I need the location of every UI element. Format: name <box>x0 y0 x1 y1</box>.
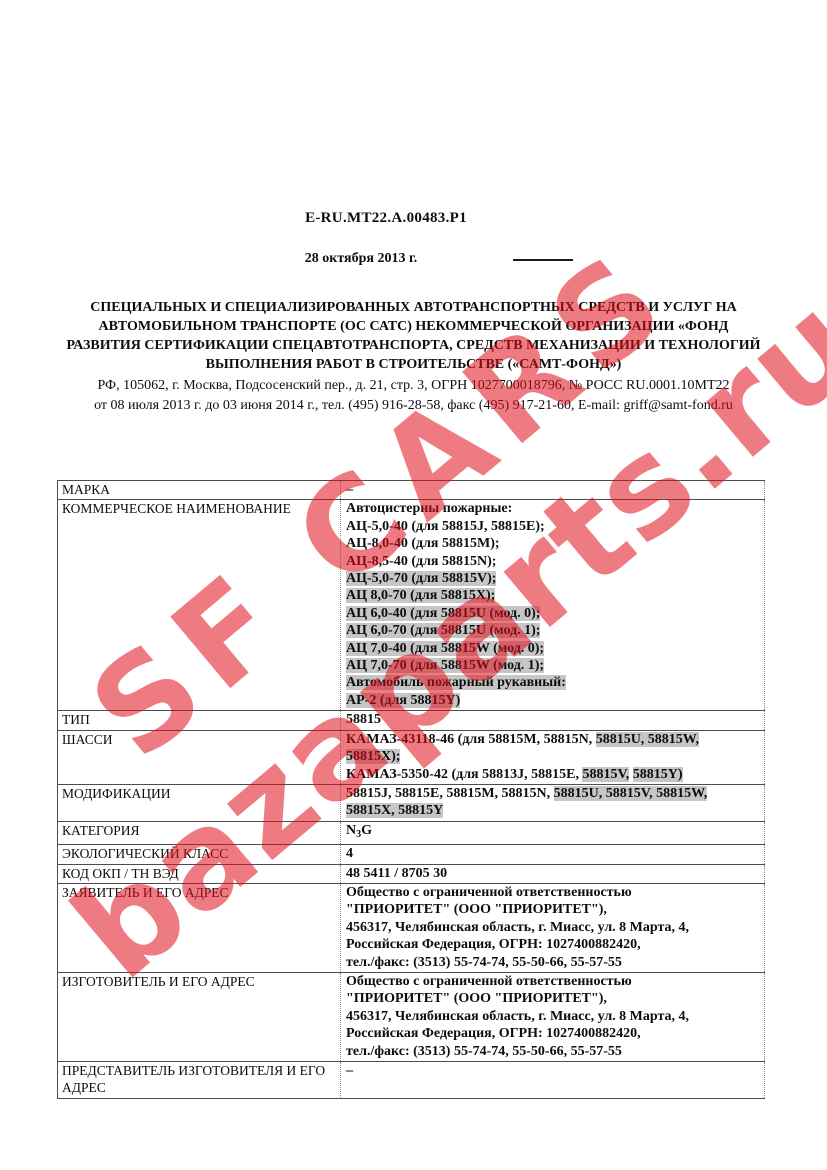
spec-table-body: МАРКА–КОММЕРЧЕСКОЕ НАИМЕНОВАНИЕАвтоцисте… <box>58 481 765 1099</box>
row-label: ПРЕДСТАВИТЕЛЬ ИЗГОТОВИТЕЛЯ И ЕГО АДРЕС <box>58 1062 341 1099</box>
table-row: ЗАЯВИТЕЛЬ И ЕГО АДРЕСОбщество с ограниче… <box>58 883 765 972</box>
row-value: 58815J, 58815E, 58815M, 58815N, 58815U, … <box>341 784 765 821</box>
row-value-line: – <box>346 481 762 498</box>
highlighted-text: 58815X); <box>346 749 400 764</box>
value-text: тел./факс: (3513) 55-74-74, 55-50-66, 55… <box>346 955 622 970</box>
row-label: КАТЕГОРИЯ <box>58 821 341 844</box>
value-text: Общество с ограниченной ответственностью <box>346 974 632 989</box>
value-text: АЦ-5,0-40 (для 58815J, 58815E); <box>346 519 545 534</box>
row-value: 48 5411 / 8705 30 <box>341 864 765 883</box>
row-value: 58815 <box>341 711 765 730</box>
value-text: 48 5411 / 8705 30 <box>346 866 447 881</box>
row-value: КАМАЗ-43118-46 (для 58815M, 58815N, 5881… <box>341 730 765 784</box>
org-title: СПЕЦИАЛЬНЫХ И СПЕЦИАЛИЗИРОВАННЫХ АВТОТРА… <box>0 298 827 374</box>
row-value-line: КАМАЗ-5350-42 (для 58813J, 58815E, 58815… <box>346 766 762 783</box>
row-value-line: Общество с ограниченной ответственностью <box>346 884 762 901</box>
org-title-line: ВЫПОЛНЕНИЯ РАБОТ В СТРОИТЕЛЬСТВЕ («САМТ-… <box>0 355 827 374</box>
value-text: 456317, Челябинская область, г. Миасс, у… <box>346 920 689 935</box>
highlighted-text: АЦ 6,0-70 (для 58815U (мод. 1); <box>346 623 540 638</box>
value-text: 58815J, 58815E, 58815M, 58815N, <box>346 786 554 801</box>
value-text: N <box>346 823 356 838</box>
highlighted-text: 58815Y) <box>633 767 683 782</box>
value-text: тел./факс: (3513) 55-74-74, 55-50-66, 55… <box>346 1044 622 1059</box>
spec-table: МАРКА–КОММЕРЧЕСКОЕ НАИМЕНОВАНИЕАвтоцисте… <box>57 480 765 1099</box>
row-value-line: Российская Федерация, ОГРН: 102740088242… <box>346 936 762 953</box>
value-text: 456317, Челябинская область, г. Миасс, у… <box>346 1009 689 1024</box>
row-value-line: 48 5411 / 8705 30 <box>346 865 762 882</box>
row-label: КОММЕРЧЕСКОЕ НАИМЕНОВАНИЕ <box>58 500 341 711</box>
certificate-date: 28 октября 2013 г. <box>0 251 722 267</box>
table-row: ЭКОЛОГИЧЕСКИЙ КЛАСС4 <box>58 845 765 864</box>
row-value: N3G <box>341 821 765 844</box>
row-value-line: АЦ 8,0-70 (для 58815X); <box>346 587 762 604</box>
highlighted-text: АЦ-5,0-70 (для 58815V); <box>346 571 496 586</box>
table-row: ИЗГОТОВИТЕЛЬ И ЕГО АДРЕСОбщество с огран… <box>58 972 765 1061</box>
row-value-line: 456317, Челябинская область, г. Миасс, у… <box>346 1008 762 1025</box>
row-value-line: 58815 <box>346 711 762 728</box>
document-page: E-RU.MT22.A.00483.P1 28 октября 2013 г. … <box>0 0 827 1170</box>
value-text: КАМАЗ-5350-42 (для 58813J, 58815E, <box>346 767 582 782</box>
row-value-line: АЦ 6,0-40 (для 58815U (мод. 0); <box>346 605 762 622</box>
row-value-line: Автомобиль пожарный рукавный: <box>346 674 762 691</box>
row-value: Автоцистерны пожарные:АЦ-5,0-40 (для 588… <box>341 500 765 711</box>
value-text: АЦ-8,0-40 (для 58815M); <box>346 536 500 551</box>
org-address-line: РФ, 105062, г. Москва, Подсосенский пер.… <box>0 376 827 396</box>
row-value: 4 <box>341 845 765 864</box>
value-text: – <box>346 1063 353 1078</box>
org-address-line: от 08 июля 2013 г. до 03 июня 2014 г., т… <box>0 396 827 416</box>
value-text: КАМАЗ-43118-46 (для 58815M, 58815N, <box>346 732 596 747</box>
fill-in-line <box>513 259 573 261</box>
value-text: Автоцистерны пожарные: <box>346 501 512 516</box>
value-text: Российская Федерация, ОГРН: 102740088242… <box>346 1026 641 1041</box>
row-value-line: 58815X, 58815Y <box>346 802 762 819</box>
row-value-line: АЦ 7,0-40 (для 58815W (мод. 0); <box>346 640 762 657</box>
row-value-line: Общество с ограниченной ответственностью <box>346 973 762 990</box>
highlighted-text: АЦ 6,0-40 (для 58815U (мод. 0); <box>346 606 540 621</box>
row-value-line: 4 <box>346 845 762 862</box>
value-text: "ПРИОРИТЕТ" (ООО "ПРИОРИТЕТ"), <box>346 902 607 917</box>
highlighted-text: 58815V, <box>582 767 629 782</box>
row-value-line: тел./факс: (3513) 55-74-74, 55-50-66, 55… <box>346 954 762 971</box>
highlighted-text: 58815X, 58815Y <box>346 803 443 818</box>
row-value: Общество с ограниченной ответственностью… <box>341 883 765 972</box>
row-value-line: АЦ-8,0-40 (для 58815M); <box>346 535 762 552</box>
row-value: – <box>341 1062 765 1099</box>
row-value-line: 58815X); <box>346 748 762 765</box>
row-value-line: АР-2 (для 58815Y) <box>346 692 762 709</box>
row-value-line: АЦ 6,0-70 (для 58815U (мод. 1); <box>346 622 762 639</box>
value-text: "ПРИОРИТЕТ" (ООО "ПРИОРИТЕТ"), <box>346 991 607 1006</box>
value-text: АЦ-8,5-40 (для 58815N); <box>346 554 496 569</box>
row-value-line: АЦ-5,0-70 (для 58815V); <box>346 570 762 587</box>
row-value: – <box>341 481 765 500</box>
org-title-line: АВТОМОБИЛЬНОМ ТРАНСПОРТЕ (ОС САТС) НЕКОМ… <box>0 317 827 336</box>
table-row: КАТЕГОРИЯN3G <box>58 821 765 844</box>
row-value-line: 456317, Челябинская область, г. Миасс, у… <box>346 919 762 936</box>
value-text: 58815 <box>346 712 381 727</box>
table-row: ТИП58815 <box>58 711 765 730</box>
row-value-line: тел./факс: (3513) 55-74-74, 55-50-66, 55… <box>346 1043 762 1060</box>
table-row: МОДИФИКАЦИИ58815J, 58815E, 58815M, 58815… <box>58 784 765 821</box>
value-text: 4 <box>346 846 353 861</box>
row-value-line: АЦ 7,0-70 (для 58815W (мод. 1); <box>346 657 762 674</box>
table-row: КОД ОКП / ТН ВЭД48 5411 / 8705 30 <box>58 864 765 883</box>
highlighted-text: АЦ 8,0-70 (для 58815X); <box>346 588 495 603</box>
value-text: – <box>346 482 353 497</box>
highlighted-text: 58815U, 58815V, 58815W, <box>554 786 708 801</box>
table-row: ШАССИКАМАЗ-43118-46 (для 58815M, 58815N,… <box>58 730 765 784</box>
row-value-line: АЦ-5,0-40 (для 58815J, 58815E); <box>346 518 762 535</box>
highlighted-text: 58815U, 58815W, <box>596 732 699 747</box>
row-value-line: "ПРИОРИТЕТ" (ООО "ПРИОРИТЕТ"), <box>346 901 762 918</box>
value-text: Российская Федерация, ОГРН: 102740088242… <box>346 937 641 952</box>
org-title-line: РАЗВИТИЯ СЕРТИФИКАЦИИ СПЕЦАВТОТРАНСПОРТА… <box>0 336 827 355</box>
row-label: ТИП <box>58 711 341 730</box>
row-value-line: Российская Федерация, ОГРН: 102740088242… <box>346 1025 762 1042</box>
table-row: ПРЕДСТАВИТЕЛЬ ИЗГОТОВИТЕЛЯ И ЕГО АДРЕС– <box>58 1062 765 1099</box>
table-row: МАРКА– <box>58 481 765 500</box>
row-label: КОД ОКП / ТН ВЭД <box>58 864 341 883</box>
highlighted-text: АЦ 7,0-70 (для 58815W (мод. 1); <box>346 658 544 673</box>
certificate-number: E-RU.MT22.A.00483.P1 <box>0 210 772 227</box>
row-value-line: – <box>346 1062 762 1079</box>
value-text: G <box>361 823 372 838</box>
row-label: МАРКА <box>58 481 341 500</box>
row-label: МОДИФИКАЦИИ <box>58 784 341 821</box>
row-value-line: АЦ-8,5-40 (для 58815N); <box>346 553 762 570</box>
row-value: Общество с ограниченной ответственностью… <box>341 972 765 1061</box>
row-label: ИЗГОТОВИТЕЛЬ И ЕГО АДРЕС <box>58 972 341 1061</box>
org-address: РФ, 105062, г. Москва, Подсосенский пер.… <box>0 376 827 415</box>
value-text: Общество с ограниченной ответственностью <box>346 885 632 900</box>
row-value-line: "ПРИОРИТЕТ" (ООО "ПРИОРИТЕТ"), <box>346 990 762 1007</box>
row-label: ШАССИ <box>58 730 341 784</box>
row-value-line: 58815J, 58815E, 58815M, 58815N, 58815U, … <box>346 785 762 802</box>
highlighted-text: Автомобиль пожарный рукавный: <box>346 675 566 690</box>
highlighted-text: АЦ 7,0-40 (для 58815W (мод. 0); <box>346 641 544 656</box>
row-value-line: КАМАЗ-43118-46 (для 58815M, 58815N, 5881… <box>346 731 762 748</box>
row-label: ЗАЯВИТЕЛЬ И ЕГО АДРЕС <box>58 883 341 972</box>
row-value-line: Автоцистерны пожарные: <box>346 500 762 517</box>
table-row: КОММЕРЧЕСКОЕ НАИМЕНОВАНИЕАвтоцистерны по… <box>58 500 765 711</box>
row-label: ЭКОЛОГИЧЕСКИЙ КЛАСС <box>58 845 341 864</box>
row-value-line: N3G <box>346 822 762 843</box>
org-title-line: СПЕЦИАЛЬНЫХ И СПЕЦИАЛИЗИРОВАННЫХ АВТОТРА… <box>0 298 827 317</box>
highlighted-text: АР-2 (для 58815Y) <box>346 693 460 708</box>
